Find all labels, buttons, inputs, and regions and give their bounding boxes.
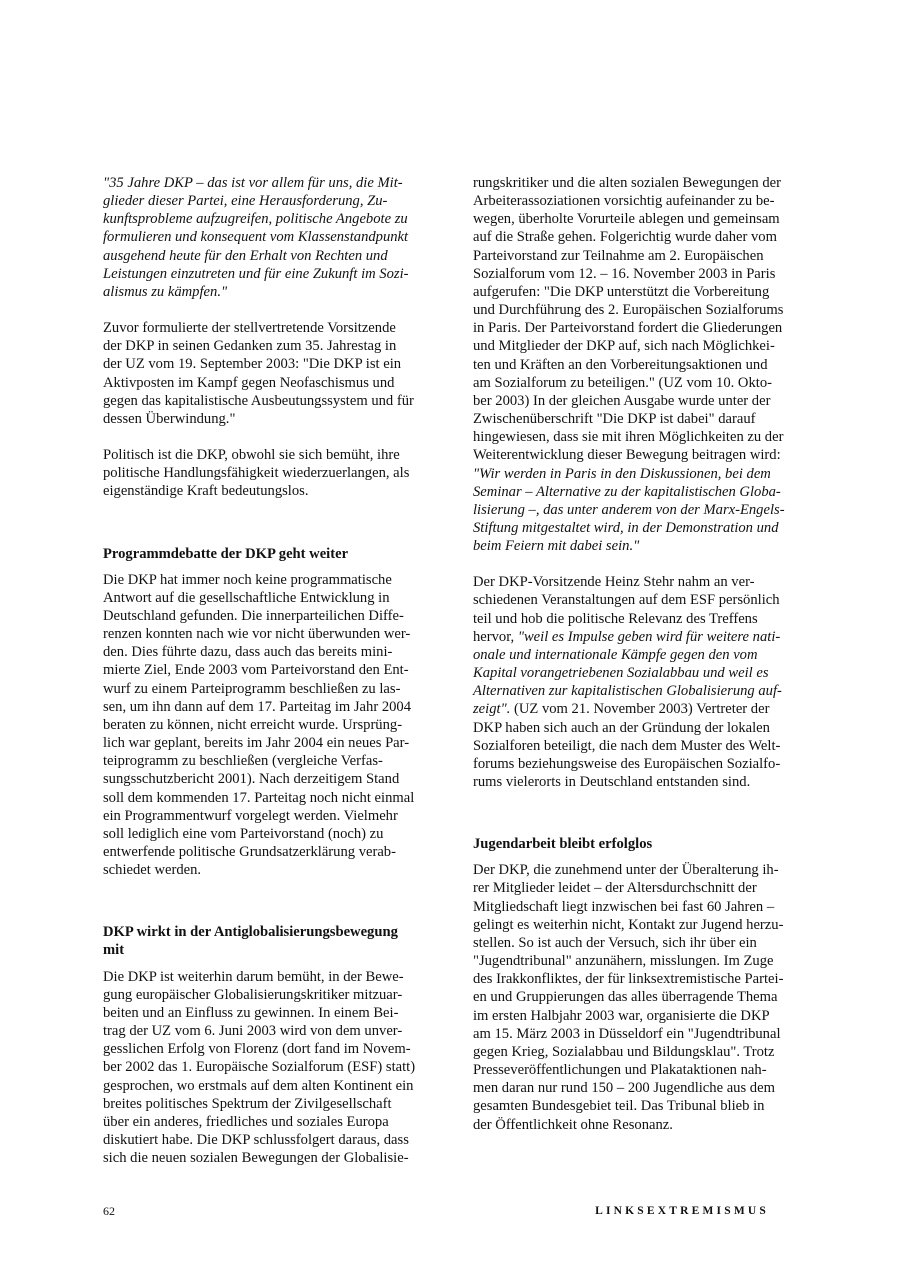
text-line: gesprochen, wo erstmals auf dem alten Ko…	[103, 1077, 433, 1095]
text-line: soll dem kommenden 17. Parteitag noch ni…	[103, 789, 433, 807]
text-line: rums vielerorts in Deutschland entstande…	[473, 773, 803, 791]
text-line: Die DKP ist weiterhin darum bemüht, in d…	[103, 968, 433, 986]
text-line: Stiftung mitgestaltet wird, in der Demon…	[473, 519, 803, 537]
text-line: rer Mitglieder leidet – der Altersdurchs…	[473, 879, 803, 897]
paragraph-antiglobalization-continued: rungskritiker und die alten sozialen Bew…	[473, 174, 803, 465]
text-line: auf die Straße gehen. Folgerichtig wurde…	[473, 228, 803, 246]
text-line: "Wir werden in Paris in den Diskussionen…	[473, 465, 803, 483]
text-line: Der DKP-Vorsitzende Heinz Stehr nahm an …	[473, 573, 803, 591]
text-line: der DKP in seinen Gedanken zum 35. Jahre…	[103, 337, 433, 355]
text-line: Zuvor formulierte der stellvertretende V…	[103, 319, 433, 337]
text-line: ausgehend heute für den Erhalt von Recht…	[103, 247, 433, 265]
text-line: Leistungen einzutreten und für eine Zuku…	[103, 265, 433, 283]
line-mixed: hervor, "weil es Impulse geben wird für …	[473, 628, 803, 646]
text-line: am 15. März 2003 in Düsseldorf ein "Juge…	[473, 1025, 803, 1043]
text-line: men daran nur rund 150 – 200 Jugendliche…	[473, 1079, 803, 1097]
text-line: der UZ vom 19. September 2003: "Die DKP …	[103, 355, 433, 373]
text-line: und Durchführung des 2. Europäischen Soz…	[473, 301, 803, 319]
text-line: onale und internationale Kämpfe gegen de…	[473, 646, 803, 664]
text-line: kunftsprobleme aufzugreifen, politische …	[103, 210, 433, 228]
text-plain: (UZ vom 21. November 2003) Vertreter der	[510, 701, 769, 717]
text-line: lisierung –, das unter anderem von der M…	[473, 501, 803, 519]
text-line: Der DKP, die zunehmend unter der Überalt…	[473, 861, 803, 879]
text-line: Antwort auf die gesellschaftliche Entwic…	[103, 589, 433, 607]
section-spacer	[103, 519, 433, 545]
heading-antiglobalization: DKP wirkt in der Antiglobalisierungsbewe…	[103, 923, 433, 959]
text-line: rungskritiker und die alten sozialen Bew…	[473, 174, 803, 192]
paris-forum-quote: "Wir werden in Paris in den Diskussionen…	[473, 465, 803, 556]
text-line: der Öffentlichkeit ohne Resonanz.	[473, 1116, 803, 1134]
text-line: mit	[103, 941, 433, 959]
anniversary-quote: "35 Jahre DKP – das ist vor allem für un…	[103, 174, 433, 301]
text-line: Sozialforum vom 12. – 16. November 2003 …	[473, 265, 803, 283]
text-line: Sozialforen beteiligt, die nach dem Must…	[473, 737, 803, 755]
text-line: alismus zu kämpfen."	[103, 283, 433, 301]
text-line: ein Programmentwurf vorgelegt werden. Vi…	[103, 807, 433, 825]
text-line: lich war geplant, bereits im Jahr 2004 e…	[103, 734, 433, 752]
text-line: entwerfende politische Grundsatzerklärun…	[103, 843, 433, 861]
text-line: im ersten Halbjahr 2003 war, organisiert…	[473, 1007, 803, 1025]
text-line: Aktivposten im Kampf gegen Neofaschismus…	[103, 374, 433, 392]
text-line: in Paris. Der Parteivorstand fordert die…	[473, 319, 803, 337]
page-number: 62	[103, 1204, 115, 1218]
paragraph-deputy-chairman: Zuvor formulierte der stellvertretende V…	[103, 319, 433, 428]
text-line-group: onale und internationale Kämpfe gegen de…	[473, 646, 803, 700]
text-line: glieder dieser Partei, eine Herausforder…	[103, 192, 433, 210]
text-line: gung europäischer Globalisierungskritike…	[103, 986, 433, 1004]
section-spacer	[103, 897, 433, 923]
text-line: DKP haben sich auch an der Gründung der …	[473, 719, 803, 737]
text-line: gesslichen Erfolg von Florenz (dort fand…	[103, 1040, 433, 1058]
paragraph-youth-work: Der DKP, die zunehmend unter der Überalt…	[473, 861, 803, 1133]
text-line: aufgerufen: "Die DKP unterstützt die Vor…	[473, 283, 803, 301]
text-line: sich die neuen sozialen Bewegungen der G…	[103, 1149, 433, 1167]
text-line: Mitgliedschaft liegt inzwischen bei fast…	[473, 898, 803, 916]
text-line: hingewiesen, dass sie mit ihren Möglichk…	[473, 428, 803, 446]
text-line: gelingt es weiterhin nicht, Kontakt zur …	[473, 916, 803, 934]
text-line: gegen Krieg, Sozialabbau und Bildungskla…	[473, 1043, 803, 1061]
text-line: soll lediglich eine vom Parteivorstand (…	[103, 825, 433, 843]
text-line: teiprogramm zu beschließen (vergleiche V…	[103, 752, 433, 770]
heading-program-debate: Programmdebatte der DKP geht weiter	[103, 545, 433, 563]
text-line: den. Dies führte dazu, dass auch das ber…	[103, 643, 433, 661]
text-line: dessen Überwindung."	[103, 410, 433, 428]
text-line: gesamten Bundesgebiet teil. Das Tribunal…	[473, 1097, 803, 1115]
text-line: stellen. So ist auch der Versuch, sich i…	[473, 934, 803, 952]
text-line: Programmdebatte der DKP geht weiter	[103, 545, 433, 563]
text-line: Alternativen zur kapitalistischen Global…	[473, 682, 803, 700]
paragraph-program-debate: Die DKP hat immer noch keine programmati…	[103, 571, 433, 880]
text-line: politische Handlungsfähigkeit wiederzuer…	[103, 464, 433, 482]
text-line: teil und hob die politische Relevanz des…	[473, 610, 803, 628]
text-line: gegen das kapitalistische Ausbeutungssys…	[103, 392, 433, 410]
text-italic-quote: "weil es Impulse geben wird für weitere …	[518, 629, 780, 645]
text-line: schiedet werden.	[103, 861, 433, 879]
text-line: Politisch ist die DKP, obwohl sie sich b…	[103, 446, 433, 464]
text-line: Arbeiterassoziationen vorsichtig aufeina…	[473, 192, 803, 210]
text-line: beiten und an Einfluss zu gewinnen. In e…	[103, 1004, 433, 1022]
text-line: trag der UZ vom 6. Juni 2003 wird von de…	[103, 1022, 433, 1040]
text-line: ten und Kräften an den Vorbereitungsakti…	[473, 356, 803, 374]
text-line: Seminar – Alternative zu der kapitalisti…	[473, 483, 803, 501]
text-line: formulieren und konsequent vom Klassenst…	[103, 228, 433, 246]
text-line-group: DKP haben sich auch an der Gründung der …	[473, 719, 803, 792]
text-line: Jugendarbeit bleibt erfolglos	[473, 835, 803, 853]
text-line: beim Feiern mit dabei sein."	[473, 537, 803, 555]
text-line: und Mitglieder der DKP auf, sich nach Mö…	[473, 337, 803, 355]
text-line: renzen konnten nach wie vor nicht überwu…	[103, 625, 433, 643]
text-italic-quote: zeigt".	[473, 701, 510, 717]
text-line: Zwischenüberschrift "Die DKP ist dabei" …	[473, 410, 803, 428]
text-line: schiedenen Veranstaltungen auf dem ESF p…	[473, 591, 803, 609]
paragraph-political-insignificance: Politisch ist die DKP, obwohl sie sich b…	[103, 446, 433, 500]
text-line: DKP wirkt in der Antiglobalisierungsbewe…	[103, 923, 433, 941]
text-line: am Sozialforum zu beteiligen." (UZ vom 1…	[473, 374, 803, 392]
text-line: des Irakkonfliktes, der für linksextremi…	[473, 970, 803, 988]
text-line: ber 2003) In der gleichen Ausgabe wurde …	[473, 392, 803, 410]
text-line: über ein anderes, friedliches und sozial…	[103, 1113, 433, 1131]
text-line: "35 Jahre DKP – das ist vor allem für un…	[103, 174, 433, 192]
text-line-group: Der DKP-Vorsitzende Heinz Stehr nahm an …	[473, 573, 803, 627]
text-line: ber 2002 das 1. Europäische Sozialforum …	[103, 1058, 433, 1076]
text-line: mierte Ziel, Ende 2003 vom Parteivorstan…	[103, 661, 433, 679]
paragraph-heinz-stehr: Der DKP-Vorsitzende Heinz Stehr nahm an …	[473, 573, 803, 791]
running-title: LINKSEXTREMISMUS	[595, 1204, 769, 1218]
text-line: sen, um ihn dann auf dem 17. Parteitag i…	[103, 698, 433, 716]
text-line: Weiterentwicklung dieser Bewegung beitra…	[473, 446, 803, 464]
text-line: wegen, überholte Vorurteile ablegen und …	[473, 210, 803, 228]
section-spacer	[473, 809, 803, 835]
text-line: breites politisches Spektrum der Zivilge…	[103, 1095, 433, 1113]
text-line: Kapital vorangetriebenen Sozialabbau und…	[473, 664, 803, 682]
text-line: eigenständige Kraft bedeutungslos.	[103, 482, 433, 500]
text-line: en und Gruppierungen das alles überragen…	[473, 988, 803, 1006]
text-line: diskutiert habe. Die DKP schlussfolgert …	[103, 1131, 433, 1149]
text-line: Presseveröffentlichungen und Plakataktio…	[473, 1061, 803, 1079]
text-line: "Jugendtribunal" anzunähern, misslungen.…	[473, 952, 803, 970]
text-line: forums beziehungsweise des Europäischen …	[473, 755, 803, 773]
paragraph-antiglobalization: Die DKP ist weiterhin darum bemüht, in d…	[103, 968, 433, 1168]
right-column: rungskritiker und die alten sozialen Bew…	[473, 174, 803, 1152]
left-column: "35 Jahre DKP – das ist vor allem für un…	[103, 174, 433, 1185]
text-line: Deutschland gefunden. Die innerparteilic…	[103, 607, 433, 625]
text-line: wurf zu einem Parteiprogramm beschließen…	[103, 680, 433, 698]
text-line: sungsschutzbericht 2001). Nach derzeitig…	[103, 770, 433, 788]
line-mixed: zeigt". (UZ vom 21. November 2003) Vertr…	[473, 700, 803, 718]
text-line: Parteivorstand zur Teilnahme am 2. Europ…	[473, 247, 803, 265]
text-line: Die DKP hat immer noch keine programmati…	[103, 571, 433, 589]
text-line: beraten zu können, nicht erreicht wurde.…	[103, 716, 433, 734]
text-plain: hervor,	[473, 629, 518, 645]
heading-youth-work: Jugendarbeit bleibt erfolglos	[473, 835, 803, 853]
